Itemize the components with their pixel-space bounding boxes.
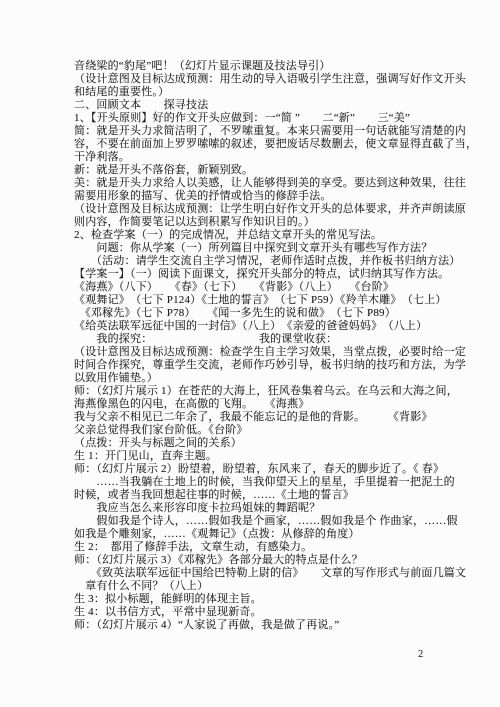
text-line: （活动：请学生交流自主学习情况，老师作适时点拨，并作板书归纳方法） bbox=[74, 255, 464, 268]
text-line: 如我是个雕刻家，……《观舞记》（点拨：从修辞的角度） bbox=[74, 528, 464, 541]
text-line: ……当我躺在土地上的时候，当我仰望天上的星星，手里提着一把泥土的 bbox=[74, 476, 464, 489]
text-line: 父亲总觉得我们家台阶低。《台阶》 bbox=[74, 424, 464, 437]
text-line: 师：（幻灯片展示 2）盼望着，盼望着，东风来了，春天的脚步近了。《 春》 bbox=[74, 463, 464, 476]
text-line: 师：（幻灯片展示 4）“人家说了再做，我是做了再说。” bbox=[74, 619, 464, 632]
text-line: （点拨：开头与标题之间的关系） bbox=[74, 437, 464, 450]
text-line: 【学案一】（一）阅读下面课文，探究开头部分的特点，试归纳其写作方法。 bbox=[74, 268, 464, 281]
text-line: 《观舞记》 （七下 P124）《土地的誓言》 （七下 P59）《羚羊木雕》 （七… bbox=[74, 294, 464, 307]
text-line: 和结尾的重要性。） bbox=[74, 86, 464, 99]
text-line: 《邓稼先》（七下 P78） 《闻一多先生的说和做》 （七下 P89） bbox=[74, 307, 464, 320]
text-line: 美：就是开头力求给人以美感，让人能够得到美的享受。要达到这种效果，往往 bbox=[74, 177, 464, 190]
document-page: 音绕梁的“豹尾”吧！（幻灯片显示课题及技法导引） （设计意图及目标达成预测：用生… bbox=[0, 0, 500, 707]
text-line: 时间合作探究，尊重学生交流，老师作巧妙引导，板书归纳的技巧和方法，为学 bbox=[74, 359, 464, 372]
text-line: （设计意图及目标达成预测：检查学生自主学习效果，当堂点拨，必要时给一定 bbox=[74, 346, 464, 359]
text-line: 问题：你从学案（一）所列篇目中探究到文章开头有哪些写作方法？ bbox=[74, 242, 464, 255]
text-line: 海燕像黑色的闪电，在高傲的飞翔。 《海燕》 bbox=[74, 398, 464, 411]
text-line: 《给英法联军远征中国的一封信》（八上） 《亲爱的爸爸妈妈》 （八上） bbox=[74, 320, 464, 333]
text-line: 生 4：以书信方式，平常中显现新奇。 bbox=[74, 606, 464, 619]
text-line: 需要用形象的描写、优美的抒情或恰当的修辞手法。 bbox=[74, 190, 464, 203]
text-line: 时候，或者当我回想起往事的时候，……《土地的誓言》 bbox=[74, 489, 464, 502]
text-line: 师：（幻灯片展示 3）《邓稼先》各部分最大的特点是什么？ bbox=[74, 554, 464, 567]
text-line: 我与父亲不相见已二年余了，我最不能忘记的是他的背影。 《背影》 bbox=[74, 411, 464, 424]
text-line: 新：就是开头不落俗套，新颖别致。 bbox=[74, 164, 464, 177]
text-line: 容，不要在前面加上罗罗嗦嗦的叙述，要把废话尽数删去，使文章显得直截了当， bbox=[74, 138, 464, 151]
text-line: 1、【开头原则】好的作文开头应做到：一“简 ” 二“新” 三“美” bbox=[74, 112, 464, 125]
text-line: （设计意图及目标达成预测：让学生明白好作文开头的总体要求，并齐声朗读原 bbox=[74, 203, 464, 216]
text-line: 音绕梁的“豹尾”吧！（幻灯片显示课题及技法导引） bbox=[74, 60, 464, 73]
text-line: 章有什么不同？（八上） bbox=[74, 580, 464, 593]
text-line: 生 3：拟小标题，能鲜明的体现主旨。 bbox=[74, 593, 464, 606]
page-number: 2 bbox=[418, 649, 423, 660]
text-line: 生 2： 都用了修辞手法，文章生动，有感染力。 bbox=[74, 541, 464, 554]
text-line: 假如我是个诗人，……假如我是个画家，……假如我是个 作曲家，……假 bbox=[74, 515, 464, 528]
text-line: 二、回顾文本 探寻技法 bbox=[74, 99, 464, 112]
text-line: 以致用作铺垫。） bbox=[74, 372, 464, 385]
text-line: 生 1：开门见山，直奔主题。 bbox=[74, 450, 464, 463]
text-line: 2、检查学案（一）的完成情况，并总结文章开头的常见写法。 bbox=[74, 229, 464, 242]
text-line: 我的探究： 我的课堂收获： bbox=[74, 333, 464, 346]
text-line: 则内容，作简要笔记以达到积累写作知识目的。） bbox=[74, 216, 464, 229]
text-line: 干净利落。 bbox=[74, 151, 464, 164]
text-line: 师：（幻灯片展示 1）在苍茫的大海上，狂风卷集着乌云。在乌云和大海之间， bbox=[74, 385, 464, 398]
document-body: 音绕梁的“豹尾”吧！（幻灯片显示课题及技法导引） （设计意图及目标达成预测：用生… bbox=[74, 60, 464, 632]
text-line: 我应当怎么来形容印度卡拉玛姐妹的舞蹈呢？ bbox=[74, 502, 464, 515]
text-line: 《海燕》（八下） 《春》（七下） 《背影》（八上） 《台阶》 bbox=[74, 281, 464, 294]
text-line: （设计意图及目标达成预测：用生动的导入语吸引学生注意，强调写好作文开头 bbox=[74, 73, 464, 86]
text-line: 《致英法联军远征中国给巴特勒上尉的信》 文章的写作形式与前面几篇文 bbox=[74, 567, 464, 580]
text-line: 简：就是开头力求简洁明了，不罗嗦重复。本来只需要用一句话就能写清楚的内 bbox=[74, 125, 464, 138]
